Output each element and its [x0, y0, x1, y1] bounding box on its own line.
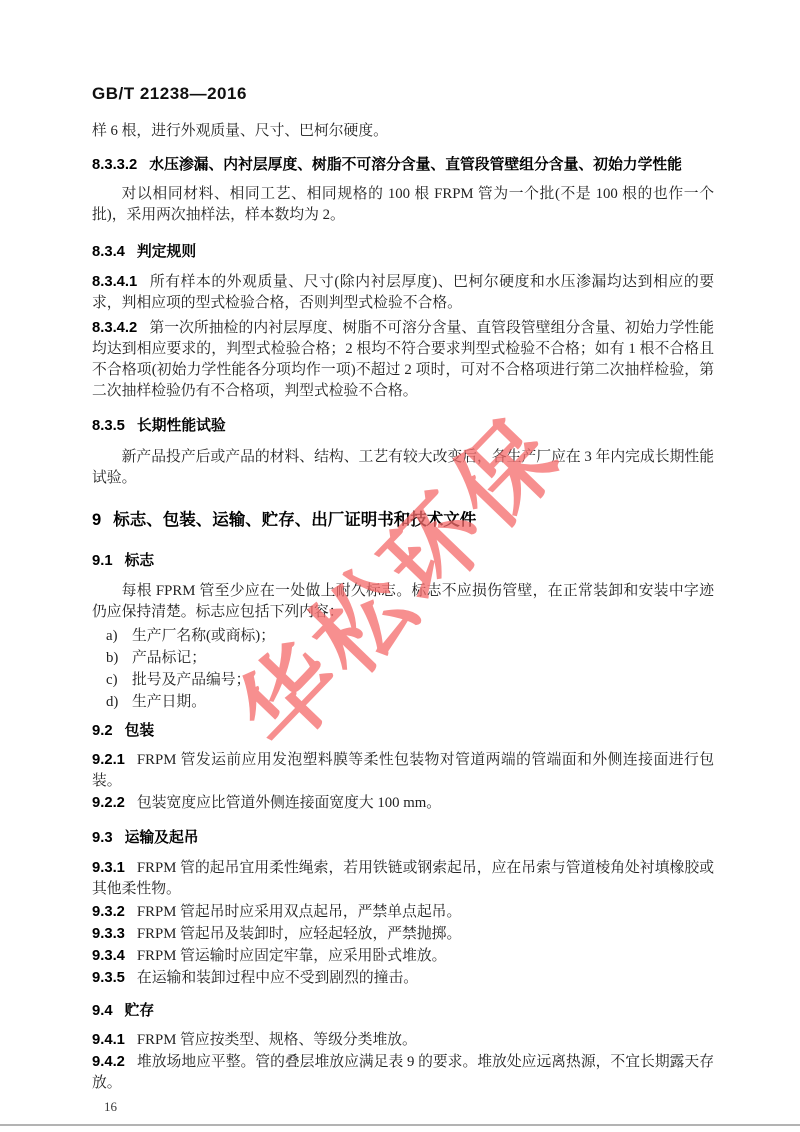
list-item: c)批号及产品编号；	[92, 669, 714, 691]
clause-number: 9.1	[92, 553, 113, 569]
clause-text: 在运输和装卸过程中应不受到剧烈的撞击。	[137, 970, 418, 986]
clause-paragraph-9-3-5: 9.3.5在运输和装卸过程中应不受到剧烈的撞击。	[92, 968, 714, 989]
clause-number: 9.2.1	[92, 752, 125, 768]
clause-heading-8-3-3-2: 8.3.3.2水压渗漏、内衬层厚度、树脂不可溶分含量、直管段管壁组分含量、初始力…	[92, 155, 714, 176]
chapter-number: 9	[92, 511, 101, 529]
clause-paragraph-8-3-4-1: 8.3.4.1所有样本的外观质量、尺寸(除内衬层厚度)、巴柯尔硬度和水压渗漏均达…	[92, 272, 714, 314]
clause-number: 9.4	[92, 1003, 113, 1019]
clause-paragraph-9-3-3: 9.3.3FRPM 管起吊及装卸时，应轻起轻放，严禁抛掷。	[92, 924, 714, 945]
list-item: b)产品标记；	[92, 647, 714, 669]
page-bottom-edge	[0, 1124, 800, 1126]
clause-heading-8-3-4: 8.3.4判定规则	[92, 242, 714, 263]
clause-title: 判定规则	[137, 244, 196, 260]
clause-number: 8.3.4.1	[92, 274, 137, 290]
clause-number: 9.4.1	[92, 1032, 125, 1048]
clause-number: 9.3.1	[92, 860, 125, 876]
clause-number: 8.3.4	[92, 244, 125, 260]
body-line: 样 6 根，进行外观质量、尺寸、巴柯尔硬度。	[92, 121, 714, 142]
clause-paragraph-9-2-1: 9.2.1FRPM 管发运前应用发泡塑料膜等柔性包装物对管道两端的管端面和外侧连…	[92, 750, 714, 792]
paragraph: 对以相同材料、相同工艺、相同规格的 100 根 FRPM 管为一个批(不是 10…	[92, 184, 714, 226]
chapter-title: 标志、包装、运输、贮存、出厂证明书和技术文件	[113, 511, 476, 529]
clause-number: 9.3.2	[92, 904, 125, 920]
clause-text: 包装宽度应比管道外侧连接面宽度大 100 mm。	[137, 795, 441, 811]
clause-number: 9.3.3	[92, 926, 125, 942]
clause-paragraph-9-2-2: 9.2.2包装宽度应比管道外侧连接面宽度大 100 mm。	[92, 793, 714, 814]
clause-title: 运输及起吊	[125, 830, 199, 846]
list-item-marker: d)	[106, 691, 132, 713]
clause-heading-9-4: 9.4贮存	[92, 1001, 714, 1022]
paragraph: 每根 FPRM 管至少应在一处做上耐久标志。标志不应损伤管壁，在正常装卸和安装中…	[92, 581, 714, 623]
clause-heading-9-1: 9.1标志	[92, 551, 714, 572]
clause-text: FRPM 管发运前应用发泡塑料膜等柔性包装物对管道两端的管端面和外侧连接面进行包…	[92, 752, 714, 789]
clause-title: 长期性能试验	[137, 418, 226, 434]
list-item-text: 批号及产品编号；	[132, 672, 250, 688]
clause-text: FRPM 管应按类型、规格、等级分类堆放。	[137, 1032, 417, 1048]
clause-number: 9.2.2	[92, 795, 125, 811]
chapter-heading-9: 9标志、包装、运输、贮存、出厂证明书和技术文件	[92, 509, 714, 532]
clause-text: 堆放场地应平整。管的叠层堆放应满足表 9 的要求。堆放处应远离热源，不宜长期露天…	[92, 1054, 714, 1091]
list-item-text: 生产日期。	[132, 694, 206, 710]
clause-text: 第一次所抽检的内衬层厚度、树脂不可溶分含量、直管段管壁组分含量、初始力学性能均达…	[92, 320, 714, 399]
list-item-marker: c)	[106, 669, 132, 691]
list-item: a)生产厂名称(或商标)；	[92, 625, 714, 647]
clause-paragraph-9-3-1: 9.3.1FRPM 管的起吊宜用柔性绳索，若用铁链或钢索起吊，应在吊索与管道棱角…	[92, 858, 714, 900]
clause-heading-9-3: 9.3运输及起吊	[92, 828, 714, 849]
standard-number-header: GB/T 21238—2016	[92, 84, 247, 104]
clause-title: 标志	[125, 553, 155, 569]
paragraph: 新产品投产后或产品的材料、结构、工艺有较大改变后，各生产厂应在 3 年内完成长期…	[92, 447, 714, 489]
clause-heading-8-3-5: 8.3.5长期性能试验	[92, 416, 714, 437]
document-body: 样 6 根，进行外观质量、尺寸、巴柯尔硬度。 8.3.3.2水压渗漏、内衬层厚度…	[92, 114, 714, 1117]
clause-number: 9.3.4	[92, 948, 125, 964]
clause-number: 8.3.4.2	[92, 320, 137, 336]
clause-text: FRPM 管起吊及装卸时，应轻起轻放，严禁抛掷。	[137, 926, 461, 942]
list-item: d)生产日期。	[92, 691, 714, 713]
marking-list: a)生产厂名称(或商标)； b)产品标记； c)批号及产品编号； d)生产日期。	[92, 625, 714, 713]
clause-number: 9.3.5	[92, 970, 125, 986]
list-item-marker: b)	[106, 647, 132, 669]
clause-number: 9.3	[92, 830, 113, 846]
clause-paragraph-9-4-1: 9.4.1FRPM 管应按类型、规格、等级分类堆放。	[92, 1030, 714, 1051]
clause-text: FRPM 管的起吊宜用柔性绳索，若用铁链或钢索起吊，应在吊索与管道棱角处衬填橡胶…	[92, 860, 714, 897]
clause-title: 包装	[125, 723, 155, 739]
clause-text: 所有样本的外观质量、尺寸(除内衬层厚度)、巴柯尔硬度和水压渗漏均达到相应的要求，…	[92, 274, 714, 311]
clause-number: 8.3.5	[92, 418, 125, 434]
clause-number: 9.2	[92, 723, 113, 739]
clause-number: 8.3.3.2	[92, 157, 137, 173]
list-item-text: 产品标记；	[132, 650, 206, 666]
clause-title: 贮存	[125, 1003, 155, 1019]
clause-paragraph-9-3-2: 9.3.2FRPM 管起吊时应采用双点起吊，严禁单点起吊。	[92, 902, 714, 923]
page-number: 16	[92, 1096, 714, 1117]
clause-heading-9-2: 9.2包装	[92, 721, 714, 742]
clause-paragraph-9-3-4: 9.3.4FRPM 管运输时应固定牢靠，应采用卧式堆放。	[92, 946, 714, 967]
clause-text: FRPM 管运输时应固定牢靠，应采用卧式堆放。	[137, 948, 447, 964]
clause-title: 水压渗漏、内衬层厚度、树脂不可溶分含量、直管段管壁组分含量、初始力学性能	[149, 157, 682, 173]
list-item-text: 生产厂名称(或商标)；	[132, 628, 275, 644]
clause-number: 9.4.2	[92, 1054, 125, 1070]
clause-paragraph-9-4-2: 9.4.2堆放场地应平整。管的叠层堆放应满足表 9 的要求。堆放处应远离热源，不…	[92, 1052, 714, 1094]
clause-paragraph-8-3-4-2: 8.3.4.2第一次所抽检的内衬层厚度、树脂不可溶分含量、直管段管壁组分含量、初…	[92, 318, 714, 402]
clause-text: FRPM 管起吊时应采用双点起吊，严禁单点起吊。	[137, 904, 461, 920]
list-item-marker: a)	[106, 625, 132, 647]
